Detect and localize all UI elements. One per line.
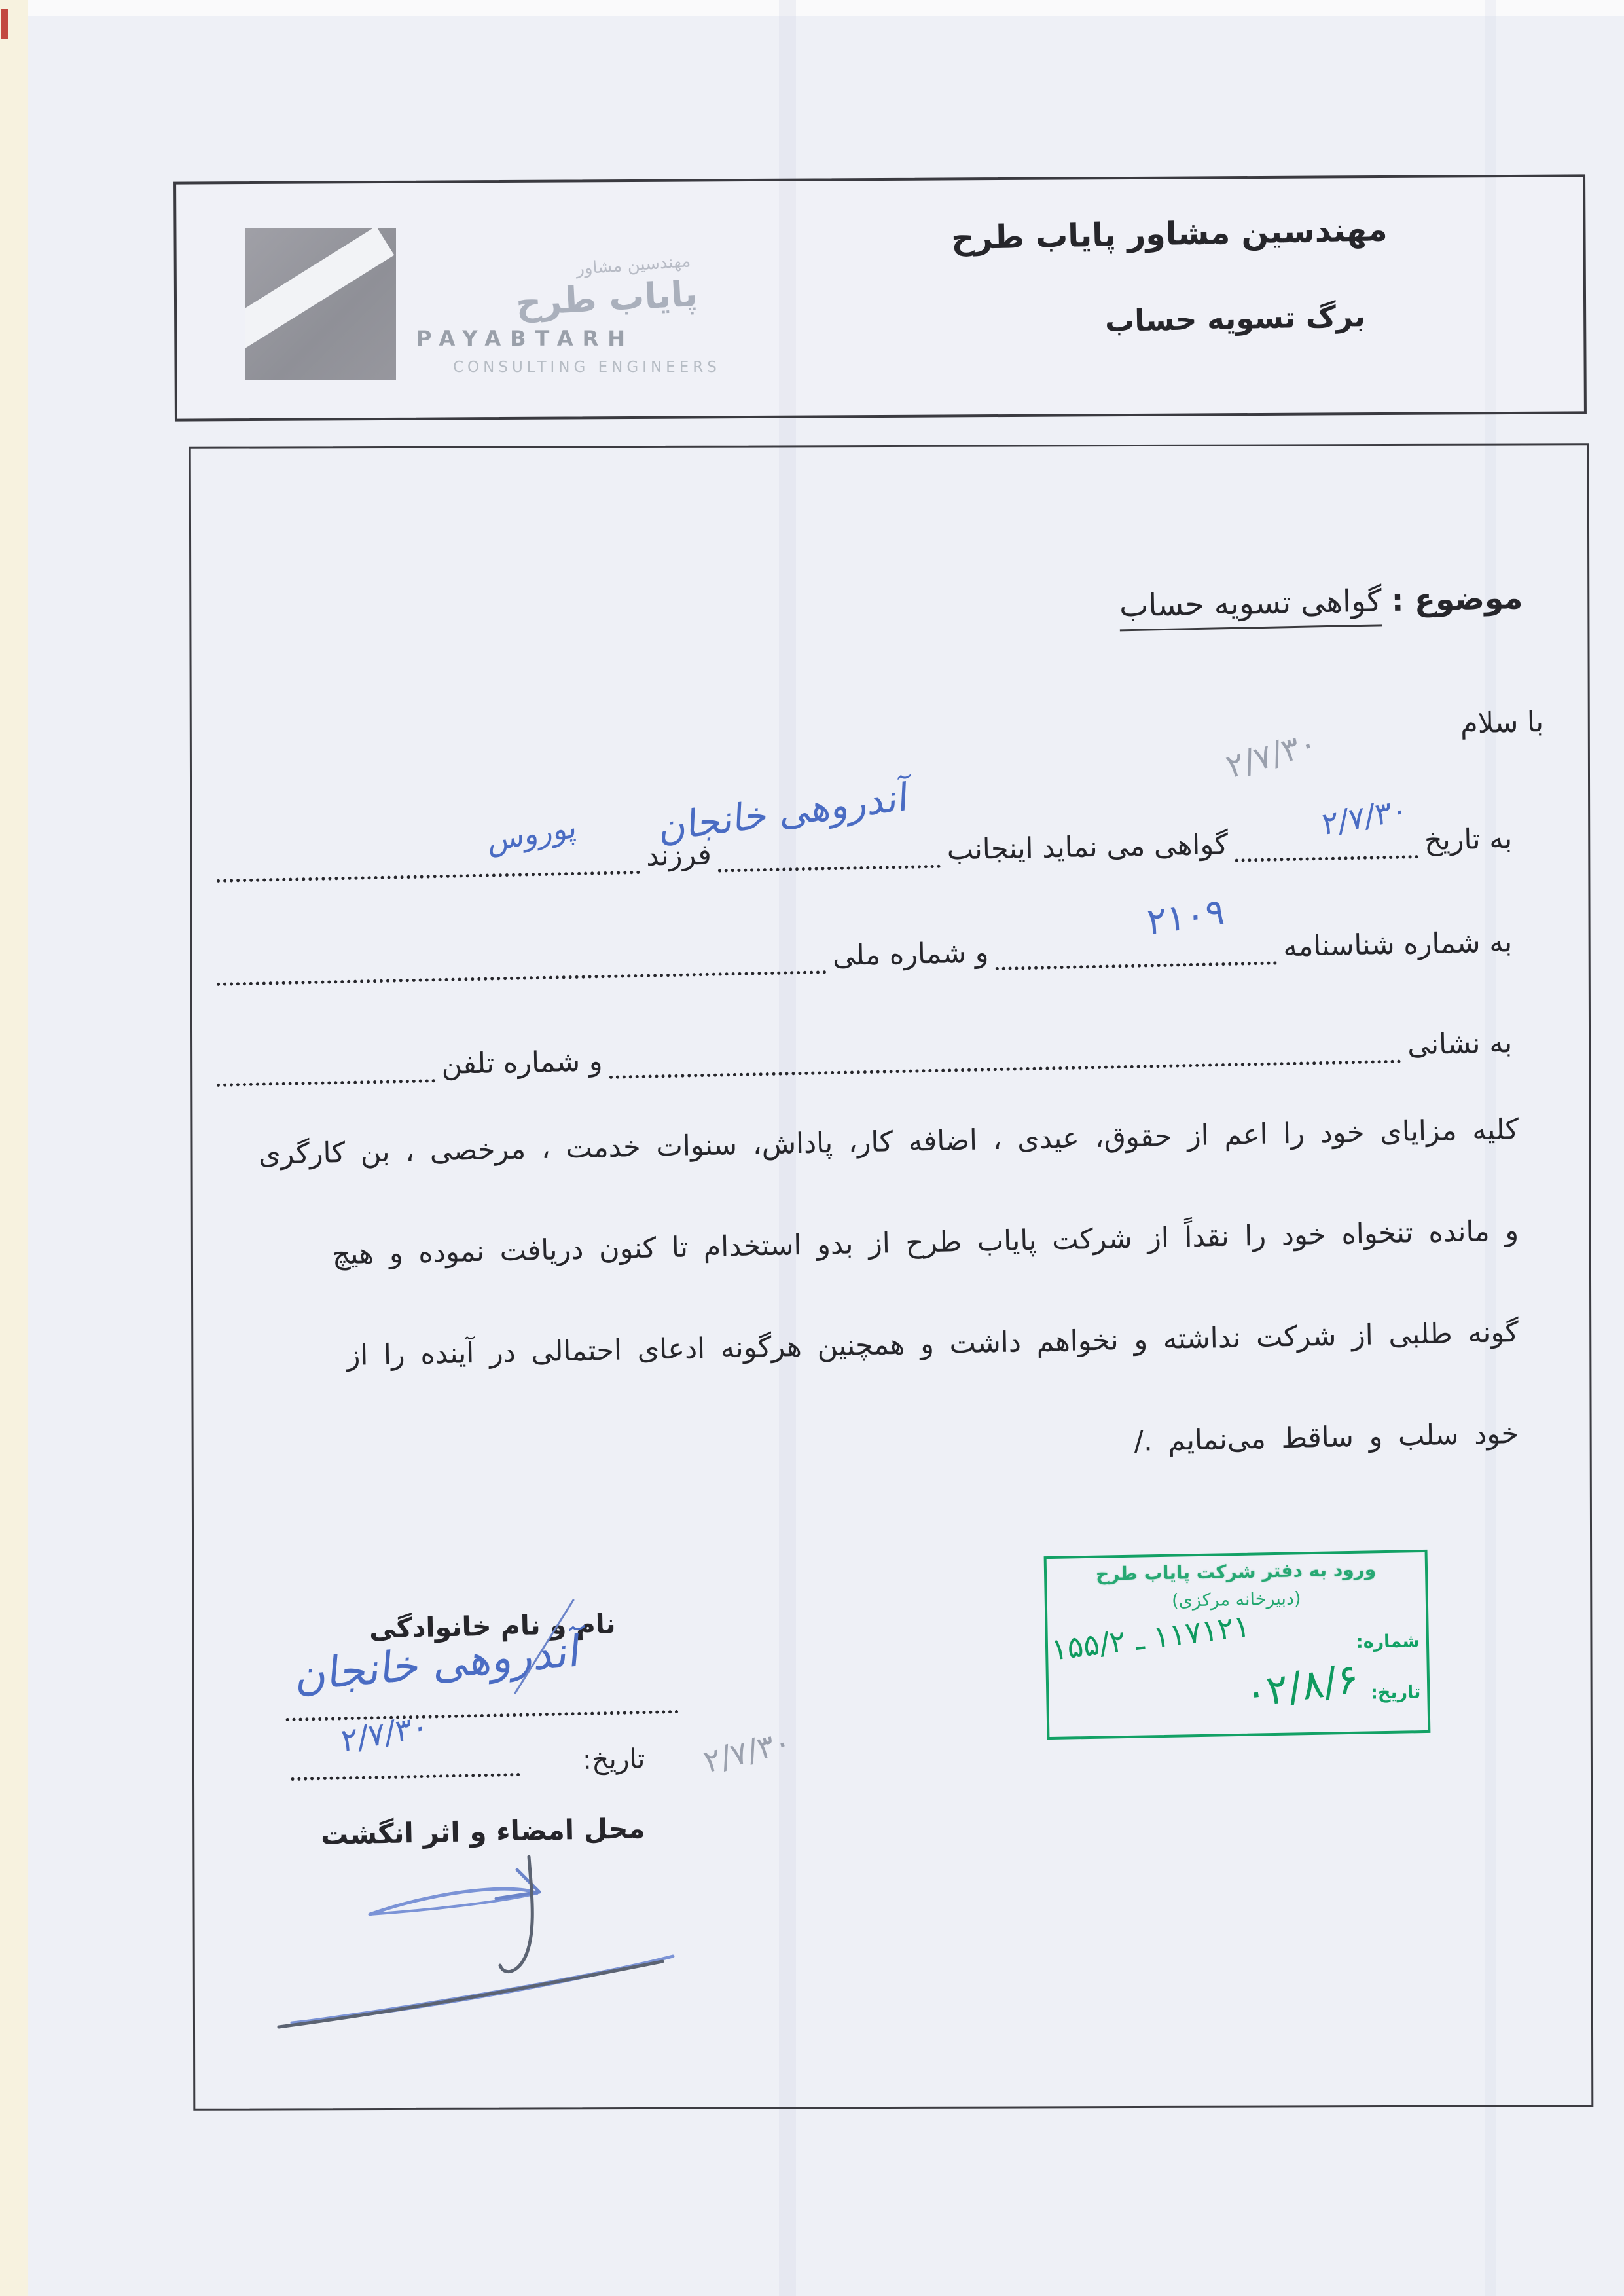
scan-red-mark: [1, 9, 8, 39]
office-entry-stamp: ورود به دفتر شرکت پایاب طرح (دبیرخانه مر…: [1044, 1550, 1431, 1740]
signature-stroke: [500, 1857, 532, 1972]
stamp-number-label: شماره:: [1356, 1631, 1420, 1652]
subject-label: موضوع :: [1391, 580, 1523, 619]
company-logo: [245, 228, 396, 380]
logo-name-en: PAYABTARH: [416, 326, 634, 351]
dotted-field-id: [995, 928, 1277, 970]
subject-value: گواهی تسویه حساب: [1119, 583, 1382, 631]
address-label: به نشانی: [1401, 1027, 1519, 1063]
logo-slash-shape: [245, 228, 394, 352]
signature-stroke: [292, 1956, 673, 2023]
scan-top-strip: [28, 0, 1624, 16]
stamp-number-value: ۱۵۵/۲ ـ ۱۱۷۱۲۱: [1049, 1608, 1252, 1667]
signature-svg: [236, 1846, 707, 2036]
stamp-title: ورود به دفتر شرکت پایاب طرح: [1047, 1558, 1425, 1586]
signature-stroke: [292, 1956, 673, 2023]
salutation: با سلام: [1460, 706, 1543, 740]
footer-date-label: تاریخ:: [582, 1743, 645, 1776]
signature: [236, 1846, 707, 2036]
dotted-field-phone: [216, 1046, 435, 1087]
signature-stroke: [370, 1889, 537, 1914]
id-label: به شماره شناسنامه: [1276, 926, 1519, 964]
phone-label: و شماره تلفن: [435, 1045, 609, 1082]
scan-edge-strip: [0, 0, 28, 2296]
scanned-settlement-form: مهندسین مشاور پایاب طرح PAYABTARH CONSUL…: [0, 0, 1624, 2296]
signature-place-label: محل امضاء و اثر انگشت: [320, 1812, 645, 1851]
form-title: برگ تسویه حساب: [1105, 299, 1366, 338]
stamp-date-label: تاریخ:: [1371, 1682, 1421, 1703]
certify-text: گواهی می نماید اینجانب: [940, 828, 1235, 868]
national-id-label: و شماره ملی: [825, 936, 995, 974]
stamp-date-value: ۰۲/۸/۶: [1242, 1654, 1362, 1717]
logo-subtitle-en: CONSULTING ENGINEERS: [453, 359, 721, 376]
date-label: به تاریخ: [1417, 822, 1519, 858]
